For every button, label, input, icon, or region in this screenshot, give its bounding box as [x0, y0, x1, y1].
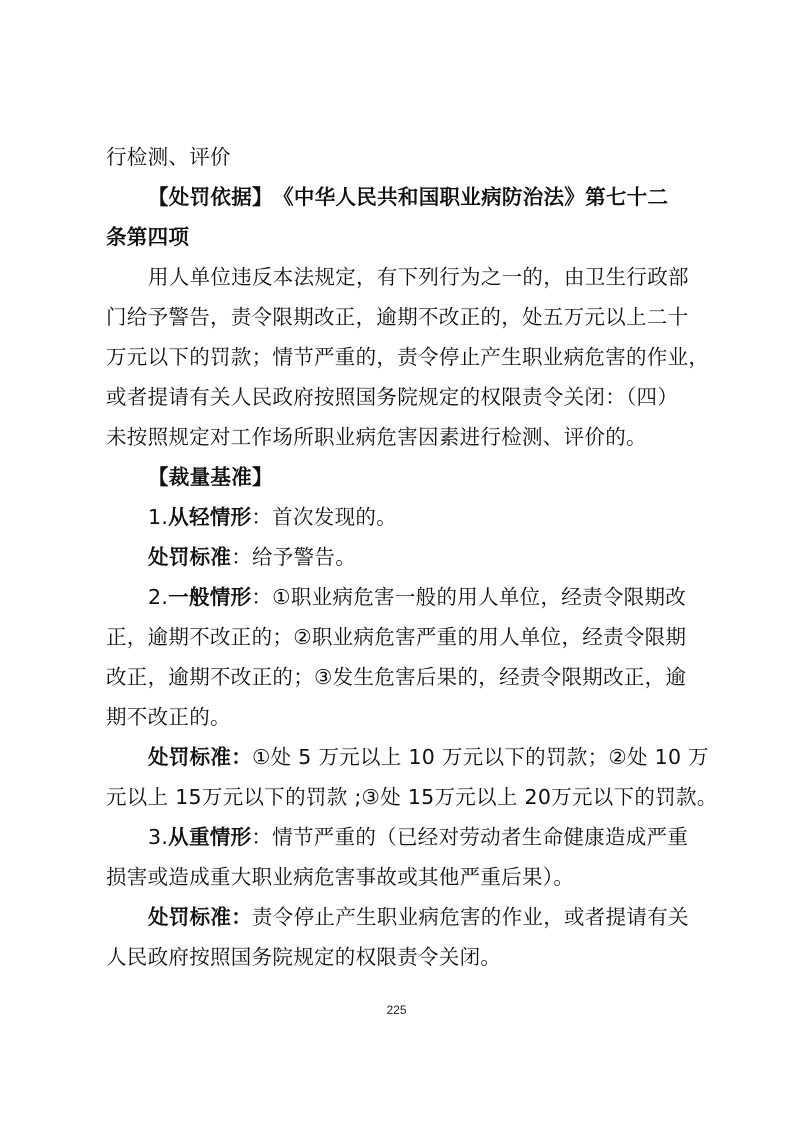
document-page: 行检测、评价 【处罚依据】 《中华人民共和国职业病防治法》第七十二 条第四项 用…: [0, 0, 793, 1122]
general-penalty-standard-cont: 元以上 15万元以下的罚款 ;③处 15万元以上 20万元以下的罚款。: [106, 783, 691, 811]
general-case-cont: 改正，逾期不改正的；③发生危害后果的，经责令限期改正，逾: [106, 663, 691, 691]
severe-case-cont: 损害或造成重大职业病危害事故或其他严重后果）。: [106, 863, 691, 891]
lenient-case: 1.从轻情形：首次发现的。: [148, 503, 691, 531]
severe-case: 3.从重情形：情节严重的（已经对劳动者生命健康造成严重: [148, 823, 691, 851]
lenient-penalty-standard: 处罚标准：给予警告。: [148, 543, 691, 571]
law-text-line: 用人单位违反本法规定，有下列行为之一的，由卫生行政部: [148, 263, 691, 291]
penalty-basis-heading-cont: 条第四项: [106, 223, 691, 251]
law-text-line: 万元以下的罚款；情节严重的，责令停止产生职业病危害的作业，: [106, 343, 691, 371]
discretion-standard-heading: 【裁量基准】: [148, 463, 691, 491]
penalty-basis-heading: 【处罚依据】 《中华人民共和国职业病防治法》第七十二: [148, 183, 691, 211]
text-line: 行检测、评价: [106, 143, 691, 171]
law-text-line: 未按照规定对工作场所职业病危害因素进行检测、评价的。: [106, 423, 691, 451]
law-text-line: 门给予警告，责令限期改正，逾期不改正的，处五万元以上二十: [106, 303, 691, 331]
general-case: 2.一般情形：①职业病危害一般的用人单位，经责令限期改: [148, 583, 691, 611]
general-penalty-standard: 处罚标准：①处 5 万元以上 10 万元以下的罚款；②处 10 万: [148, 743, 691, 771]
page-number: 225: [0, 1003, 793, 1017]
general-case-cont: 期不改正的。: [106, 703, 691, 731]
law-text-line: 或者提请有关人民政府按照国务院规定的权限责令关闭：（四）: [106, 383, 691, 411]
severe-penalty-standard-cont: 人民政府按照国务院规定的权限责令关闭。: [106, 943, 691, 971]
general-case-cont: 正，逾期不改正的；②职业病危害严重的用人单位，经责令限期: [106, 623, 691, 651]
severe-penalty-standard: 处罚标准：责令停止产生职业病危害的作业，或者提请有关: [148, 903, 691, 931]
